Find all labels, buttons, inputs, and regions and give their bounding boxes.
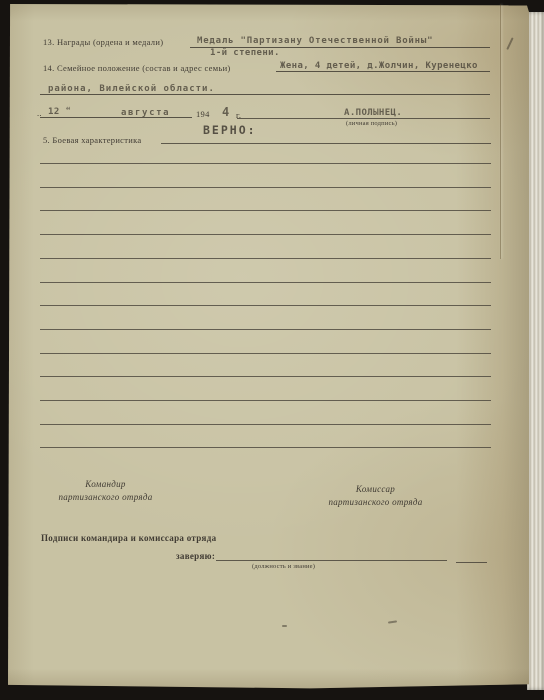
ruled-line — [40, 353, 491, 354]
date-day: 12 — [48, 107, 60, 117]
ruled-line — [40, 424, 491, 425]
commissar-title-line1: Комиссар — [308, 483, 443, 496]
paper-sheet — [8, 4, 529, 689]
ruled-line — [40, 258, 491, 259]
field-5-first-line — [161, 143, 491, 144]
commander-title: Командир партизанского отряда — [38, 478, 173, 504]
ruled-line — [40, 234, 491, 235]
commander-title-line1: Командир — [38, 478, 173, 491]
ruled-line — [40, 376, 491, 377]
ruled-line — [40, 163, 491, 164]
field-13-label: 13. Награды (ордена и медали) — [43, 37, 163, 47]
book-fore-edge — [527, 12, 544, 690]
field-14-caption: Семейное положение (состав и адрес семьи… — [57, 63, 231, 73]
ruled-line — [40, 447, 491, 448]
date-month: августа — [121, 108, 170, 118]
ruled-line — [40, 400, 491, 401]
date-quote: “ — [66, 106, 71, 117]
field-13-value-line2: 1-й степени. — [210, 48, 280, 58]
ruled-line — [40, 329, 491, 330]
signature-line — [237, 118, 490, 119]
date-year-digit: 4 — [222, 105, 230, 119]
commissar-title-line2: партизанского отряда — [308, 496, 443, 509]
field-14-number: 14. — [43, 63, 55, 73]
ruled-line — [40, 305, 491, 306]
field-13-value-line1: Медаль "Партизану Отечественной Войны" — [197, 36, 433, 46]
field-13-number: 13. — [43, 37, 55, 47]
field-14-value-line1: Жена, 4 детей, д.Жолчин, Куренецко — [280, 61, 478, 71]
paper-crease — [500, 4, 501, 259]
field-5-label: 5. Боевая характеристика — [43, 135, 142, 145]
date-year-printed: 194 — [196, 109, 210, 119]
field-13-caption: Награды (ордена и медали) — [57, 37, 163, 47]
field-14-value-line2: района, Вилейской области. — [48, 84, 215, 94]
field-14-fill-line2 — [40, 94, 490, 95]
field-14-fill-line1 — [276, 71, 490, 72]
ruled-line — [40, 187, 491, 188]
field-14-label: 14. Семейное положение (состав и адрес с… — [43, 63, 231, 73]
certify-short-line — [456, 562, 487, 563]
field-5-number: 5. — [43, 135, 50, 145]
ruled-line — [40, 210, 491, 211]
certify-line — [216, 560, 447, 561]
ruled-line — [40, 282, 491, 283]
commander-title-line2: партизанского отряда — [38, 491, 173, 504]
scanned-document-page: 13. Награды (ордена и медали) Медаль "Па… — [0, 0, 544, 700]
signature-name: А.ПОЛЫНЕЦ. — [344, 108, 402, 118]
field-5-caption: Боевая характеристика — [52, 135, 141, 145]
certify-word: заверяю: — [176, 551, 215, 561]
certify-statement: Подписи командира и комиссара отряда — [41, 533, 216, 543]
verno-stamp: ВЕРНО: — [203, 123, 257, 137]
ink-speck — [282, 625, 287, 627]
certify-caption: (должность и звание) — [252, 563, 315, 570]
signature-caption: (личная подпись) — [346, 120, 397, 127]
commissar-title: Комиссар партизанского отряда — [308, 483, 443, 509]
